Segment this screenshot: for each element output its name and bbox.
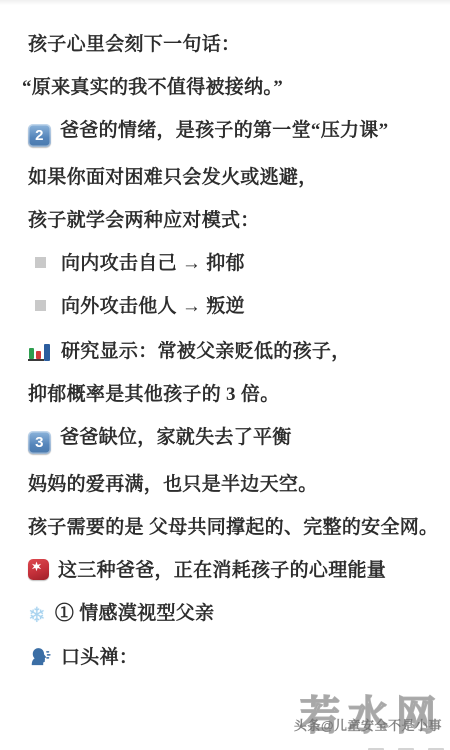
snowflake-icon: ❄	[28, 604, 46, 626]
speaking-head-icon	[28, 645, 52, 674]
paragraph-text: 抑郁概率是其他孩子的 3 倍。	[28, 384, 280, 405]
catchphrase-text: 口头禅：	[61, 647, 138, 668]
keycap-3-icon: 3	[28, 431, 51, 454]
quote-line: “原来真实的我不值得被接纳。”	[22, 76, 432, 100]
paragraph-line: 孩子心里会刻下一句话：	[28, 33, 432, 57]
research-line: 研究显示：常被父亲贬低的孩子，	[28, 338, 432, 364]
watermark-account: 头条@儿童安全不是小事	[294, 715, 442, 734]
paragraph-line: 孩子需要的是 父母共同撑起的、完整的安全网。	[28, 516, 432, 540]
bullet-text: 向外攻击他人 → 叛逆	[61, 296, 245, 317]
square-bullet-icon	[35, 300, 46, 311]
square-bullet-icon	[35, 257, 46, 268]
section-heading-badge: 这三种爸爸，正在消耗孩子的心理能量	[28, 559, 432, 583]
article-body: 孩子心里会刻下一句话： “原来真实的我不值得被接纳。” 2爸爸的情绪，是孩子的第…	[28, 33, 432, 693]
quote-text: “原来真实的我不值得被接纳。”	[22, 77, 283, 98]
paragraph-text: 妈妈的爱再满，也只是半边天空。	[28, 474, 318, 495]
watermark-brand: 若水网	[300, 697, 444, 735]
research-text: 研究显示：常被父亲贬低的孩子，	[61, 341, 351, 362]
paragraph-line: 如果你面对困难只会发火或逃避，	[28, 166, 432, 190]
paragraph-text: 如果你面对困难只会发火或逃避，	[28, 167, 318, 188]
heading-text: 爸爸的情绪，是孩子的第一堂“压力课”	[60, 120, 388, 141]
name-badge-icon	[28, 559, 49, 580]
paragraph-text: 孩子需要的是 父母共同撑起的、完整的安全网。	[28, 517, 438, 538]
catchphrase-line: 口头禅：	[28, 645, 432, 674]
page-top-edge	[0, 0, 450, 5]
bullet-text: 向内攻击自己 → 抑郁	[61, 253, 245, 274]
father-type-1-heading: ❄① 情感漠视型父亲	[28, 602, 432, 626]
watermark: 若水网 头条@儿童安全不是小事	[300, 697, 444, 742]
bar-chart-icon	[28, 338, 52, 361]
heading-text: ① 情感漠视型父亲	[55, 603, 214, 624]
keycap-2-icon: 2	[28, 124, 51, 147]
paragraph-text: 孩子就学会两种应对模式：	[28, 210, 260, 231]
paragraph-line: 孩子就学会两种应对模式：	[28, 209, 432, 233]
paragraph-line: 抑郁概率是其他孩子的 3 倍。	[28, 383, 432, 407]
watermark-underline-marks	[300, 738, 444, 742]
bullet-item-inward: 向内攻击自己 → 抑郁	[28, 252, 432, 276]
heading-text: 爸爸缺位，家就失去了平衡	[60, 427, 292, 448]
bullet-item-outward: 向外攻击他人 → 叛逆	[28, 295, 432, 319]
paragraph-line: 妈妈的爱再满，也只是半边天空。	[28, 473, 432, 497]
section-heading-2: 2爸爸的情绪，是孩子的第一堂“压力课”	[28, 119, 432, 147]
paragraph-text: 孩子心里会刻下一句话：	[28, 34, 240, 55]
heading-text: 这三种爸爸，正在消耗孩子的心理能量	[58, 560, 386, 581]
section-heading-3: 3爸爸缺位，家就失去了平衡	[28, 426, 432, 454]
